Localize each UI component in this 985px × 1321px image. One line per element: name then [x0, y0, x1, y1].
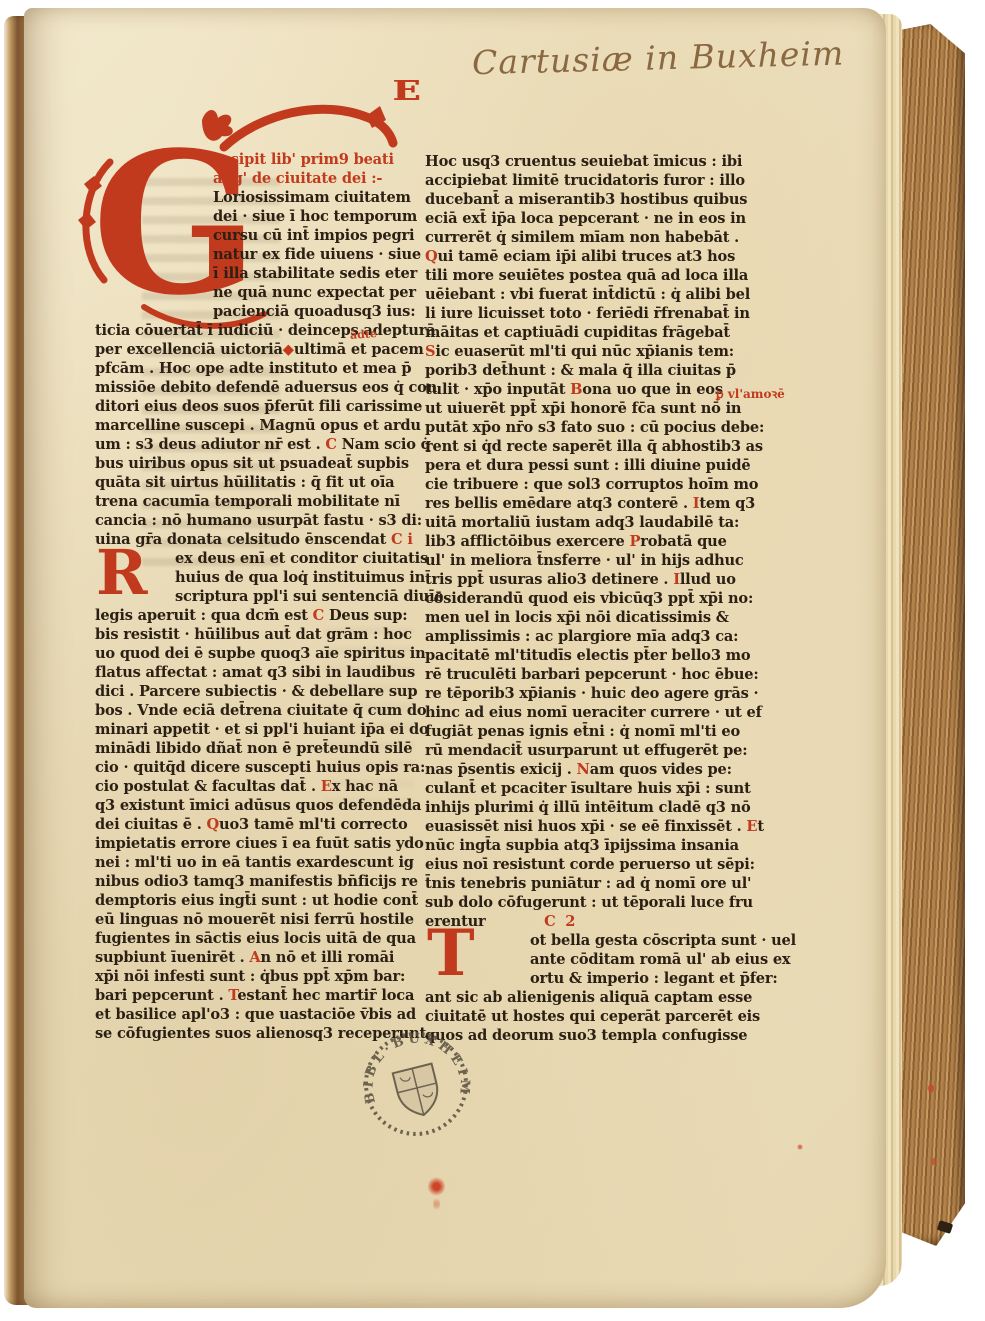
rubricated-text: Q: [207, 816, 220, 833]
text-line: res bellis emēdare atq3 conterē . Item q…: [425, 494, 765, 513]
ink-text: tulit · xp̄o inputāt: [425, 381, 570, 398]
ink-text: cōsiderandū quod eis vbicūq3 ppt̄ xp̄i n…: [425, 590, 753, 607]
ink-text: ante cōditam romā ul' ab eius ex: [530, 951, 790, 968]
text-line: ditori eius deos suos p̄ferūt fili caris…: [95, 397, 415, 416]
ink-text: ui tamē eciam ip̄i alibi truces at3 hos: [438, 248, 736, 265]
ink-text: t̄ris ppt̄ usuras alio3 detinere .: [425, 571, 673, 588]
ink-text: cursu cū int̄ impios pegri: [213, 227, 414, 244]
ink-text: tem q3: [699, 495, 755, 512]
text-line: nei : ml'ti uo in eā tantis exardescunt …: [95, 853, 415, 872]
ink-text: flatus affectat : amat q3 sibi in laudib…: [95, 664, 415, 681]
text-line: scriptura ppl'i sui sentenciā diuīe: [95, 587, 415, 606]
ink-text: ditori eius deos suos p̄ferūt fili caris…: [95, 398, 422, 415]
red-edge-speck: [928, 1084, 934, 1093]
ink-text: nūc ingt̄a supbia atq3 īpijssima insania: [425, 837, 739, 854]
ink-text: Nam scio q̇: [342, 436, 431, 453]
ink-text: demptoris eius ingt̄i sunt : ut hodie co…: [95, 892, 418, 909]
text-line: legis aperuit : qua dcm̄ est C Deus sup:: [95, 606, 415, 625]
text-line: māitas et captiuādi cupiditas frāgebat̄: [425, 323, 765, 342]
ink-text: uēiebant : vbi fuerat int̄dictū : q̇ ali…: [425, 286, 750, 303]
text-line: eius noī resistunt corde peruerso ut sēp…: [425, 855, 765, 874]
ink-text: x hac nā: [332, 778, 398, 795]
text-line: tili more seuiētes postea quā ad loca il…: [425, 266, 765, 285]
ink-text: eū linguas nō mouerēt nisi ferrū hostile: [95, 911, 414, 928]
text-line: fugiāt penas ignis et̄ni : q̇ nomī ml'ti…: [425, 722, 765, 741]
ink-text: scriptura ppl'i sui sentenciā diuīe: [175, 588, 444, 605]
text-line: ex deus enī et conditor ciuitatis: [95, 549, 415, 568]
ink-text: dei ciuitas ē .: [95, 816, 207, 833]
ink-text: putāt xp̄o nr̄o s3 fato suo : cū pocius …: [425, 419, 764, 436]
ink-text: cie tribuere : que sol3 corruptos hoīm m…: [425, 476, 758, 493]
text-column-right: Hoc usq3 cruentus seuiebat īmicus : ibia…: [425, 152, 765, 1045]
text-line: ī illa stabilitate sedis eter: [95, 264, 415, 283]
ink-text: trena cacumīa temporali mobilitate nī: [95, 493, 400, 510]
text-line: pera et dura pessi sunt : illi diuine pu…: [425, 456, 765, 475]
rubricated-text: N: [577, 761, 590, 778]
ink-text: huius de qua loq̇ instituimus in: [175, 569, 425, 586]
text-line: amplissimis : ac plargiore mīa adq3 ca:: [425, 627, 765, 646]
text-line: cancia : nō humano usurpāt fastu · s3 di…: [95, 511, 415, 530]
text-line: culant̄ et pcaciter īsultare huis xp̄i :…: [425, 779, 765, 798]
text-line: missiōe debito defendē aduersus eos q̇ c…: [95, 378, 415, 397]
ink-text: ducebant̄ a miserantib3 hostibus quibus: [425, 191, 747, 208]
ink-text: pfcām . Hoc ope adte instituto et mea p̄: [95, 360, 411, 377]
ink-text: ant sic ab alienigenis aliquā captam ess…: [425, 989, 752, 1006]
ink-text: eciā ext̄ ip̄a loca pepcerant · ne in eo…: [425, 210, 746, 227]
ink-text: quos ad deorum suo3 templa confugisse: [425, 1027, 747, 1044]
text-line: minādi libido dñat̄ non ē pret̄eundū sil…: [95, 739, 415, 758]
ink-text: uitā mortaliū iustam adq3 laudabilē ta:: [425, 514, 739, 531]
text-line: ant sic ab alienigenis aliquā captam ess…: [425, 988, 765, 1007]
text-line: Hoc usq3 cruentus seuiebat īmicus : ibi: [425, 152, 765, 171]
ink-text: pera et dura pessi sunt : illi diuine pu…: [425, 457, 751, 474]
rubricated-text: Q: [425, 248, 438, 265]
text-line: uitā mortaliū iustam adq3 laudabilē ta:: [425, 513, 765, 532]
ink-text: estant̄ hec martir̄ loca: [237, 987, 414, 1004]
ink-text: ticia cōuertat̄ ī iudiciū · deinceps ade…: [95, 322, 435, 339]
ink-text: men uel in locis xp̄i nōi dicatissimis &: [425, 609, 729, 626]
ink-text: euasissēt nisi huos xp̄i · se eē finxiss…: [425, 818, 746, 835]
ink-text: dei · siue ī hoc temporum: [213, 208, 417, 225]
ink-text: uo quod dei ē supbe quoq3 aīe spiritus i…: [95, 645, 426, 662]
ink-text: culant̄ et pcaciter īsultare huis xp̄i :…: [425, 780, 751, 797]
text-line: Incipit lib' prim9 beati: [95, 150, 415, 169]
text-line: re tēporib3 xp̄ianis · huic deo agere gr…: [425, 684, 765, 703]
ink-text: li iure licuisset toto · feriēdi r̄frena…: [425, 305, 750, 322]
text-line: porib3 det̄hunt : & mala q̄ illa ciuitas…: [425, 361, 765, 380]
ink-text: natur ex fide uiuens · siue: [213, 246, 421, 263]
text-line: ul' in meliora t̄nsferre · ul' in hijs a…: [425, 551, 765, 570]
text-line: t̄nis tenebris puniātur : ad q̇ nomī ore…: [425, 874, 765, 893]
ink-text: cio · quitq̄d dicere suscepti huius opis…: [95, 759, 425, 776]
text-line: Loriosissimam ciuitatem: [95, 188, 415, 207]
ink-text: um : s3 deus adiutor nr̄ est .: [95, 436, 325, 453]
red-edge-speck: [931, 1158, 936, 1165]
ink-text: eius noī resistunt corde peruerso ut sēp…: [425, 856, 755, 873]
text-line: ut uiuerēt ppt̄ xp̄i honorē fc̄a sunt nō…: [425, 399, 765, 418]
ink-text: xp̄i nōi infesti sunt : q̇bus ppt̄ xp̄m …: [95, 968, 405, 985]
red-ink-stain: [428, 1176, 445, 1197]
ink-text: pacienciā quoadusq3 ius:: [213, 303, 415, 320]
text-line: hinc ad eius nomī ueraciter currere · ut…: [425, 703, 765, 722]
text-line: ciuitatē ut hostes qui ceperāt parcerēt …: [425, 1007, 765, 1026]
text-line: supbiunt īuenirēt . An nō et illi romāi: [95, 948, 415, 967]
text-line: men uel in locis xp̄i nōi dicatissimis &: [425, 608, 765, 627]
text-line: trena cacumīa temporali mobilitate nī: [95, 492, 415, 511]
ink-text: Hoc usq3 cruentus seuiebat īmicus : ibi: [425, 153, 742, 170]
text-line: rū mendacit̄ usurparunt ut effugerēt pe:: [425, 741, 765, 760]
text-line: putāt xp̄o nr̄o s3 fato suo : cū pocius …: [425, 418, 765, 437]
text-line: nūc ingt̄a supbia atq3 īpijssima insania: [425, 836, 765, 855]
text-line: pacienciā quoadusq3 ius:: [95, 302, 415, 321]
text-line: currerēt q̇ similem mīam non habebāt .: [425, 228, 765, 247]
ink-text: t: [757, 818, 764, 835]
text-line: li iure licuisset toto · feriēdi r̄frena…: [425, 304, 765, 323]
ink-text: t̄nis tenebris puniātur : ad q̇ nomī ore…: [425, 875, 751, 892]
rubricated-text: E: [321, 778, 332, 795]
text-line: bis resistit · hūilibus aut̄ dat grām : …: [95, 625, 415, 644]
ink-text: Loriosissimam ciuitatem: [213, 189, 411, 206]
ink-text: bos . Vnde eciā det̄rena ciuitate q̄ cum…: [95, 702, 426, 719]
photo-background: Cartusiæ in Buxheim E G R T Incipit lib'…: [0, 0, 985, 1321]
text-line: eciā ext̄ ip̄a loca pepcerant · ne in eo…: [425, 209, 765, 228]
ink-text: hinc ad eius nomī ueraciter currere · ut…: [425, 704, 762, 721]
rubricated-text: C i: [391, 531, 413, 548]
ink-text: fugiāt penas ignis et̄ni : q̇ nomī ml'ti…: [425, 723, 740, 740]
rubricated-text: A: [249, 949, 260, 966]
rubricated-text: T: [228, 987, 237, 1004]
ink-text: rē truculēti barbari pepcerunt · hoc ēbu…: [425, 666, 759, 683]
text-line: Qui tamē eciam ip̄i alibi truces at3 hos: [425, 247, 765, 266]
ink-text: ot bella gesta cōscripta sunt · uel: [530, 932, 796, 949]
text-line: huius de qua loq̇ instituimus in: [95, 568, 415, 587]
text-line: cio postulat & facultas dat̄ . Ex hac nā: [95, 777, 415, 796]
text-line: cōsiderandū quod eis vbicūq3 ppt̄ xp̄i n…: [425, 589, 765, 608]
text-line: xp̄i nōi infesti sunt : q̇bus ppt̄ xp̄m …: [95, 967, 415, 986]
ink-text: tili more seuiētes postea quā ad loca il…: [425, 267, 748, 284]
text-line: tulit · xp̄o inputāt Bona uo que in eos: [425, 380, 765, 399]
ink-text: nei : ml'ti uo in eā tantis exardescunt …: [95, 854, 414, 871]
text-line: ot bella gesta cōscripta sunt · uel: [425, 931, 765, 950]
ink-text: ul' in meliora t̄nsferre · ul' in hijs a…: [425, 552, 744, 569]
text-line: q3 existunt īmici adūsus quos defendēda: [95, 796, 415, 815]
rubricated-text: S: [425, 343, 435, 360]
rubricated-text: C: [325, 436, 341, 453]
text-line: uina gr̄a donata celsitudo ēnscendat C i: [95, 530, 415, 549]
rubricated-text: E: [746, 818, 757, 835]
ink-text: inhijs plurimi q̇ illū intēitum cladē q3…: [425, 799, 751, 816]
text-line: cio · quitq̄d dicere suscepti huius opis…: [95, 758, 415, 777]
text-line: natur ex fide uiuens · siue: [95, 245, 415, 264]
ink-text: cancia : nō humano usurpāt fastu · s3 di…: [95, 512, 422, 529]
text-line: ne quā nunc expectat per: [95, 283, 415, 302]
text-line: aug' de ciuitate dei :-: [95, 169, 415, 188]
text-line: ortu & imperio : legant et p̄fer:: [425, 969, 765, 988]
ink-text: sub dolo cōfugerunt : ut tēporali luce f…: [425, 894, 753, 911]
ink-text: dici . Parcere subiectis · & debellare s…: [95, 683, 417, 700]
rubricated-text: Incipit lib' prim9 beati: [213, 151, 394, 168]
text-line: lib3 afflictōibus exercere Probatā que: [425, 532, 765, 551]
text-line: rent si q̇d recte saperēt illa q̄ abhost…: [425, 437, 765, 456]
text-line: cie tribuere : que sol3 corruptos hoīm m…: [425, 475, 765, 494]
text-line: minari appetit · et si ppl'i huiant ip̄a…: [95, 720, 415, 739]
text-line: demptoris eius ingt̄i sunt : ut hodie co…: [95, 891, 415, 910]
ink-text: uo3 tamē ml'ti correcto: [219, 816, 407, 833]
text-line: rē truculēti barbari pepcerunt · hoc ēbu…: [425, 665, 765, 684]
text-line: cursu cū int̄ impios pegri: [95, 226, 415, 245]
text-line: bari pepcerunt . Testant̄ hec martir̄ lo…: [95, 986, 415, 1005]
rubricated-text: ◆: [283, 341, 294, 358]
ink-text: bari pepcerunt .: [95, 987, 228, 1004]
ink-text: q3 existunt īmici adūsus quos defendēda: [95, 797, 421, 814]
text-line: sub dolo cōfugerunt : ut tēporali luce f…: [425, 893, 765, 912]
text-line: et basilice apl'o3 : que uastaciōe v̄bis…: [95, 1005, 415, 1024]
ink-text: currerēt q̇ similem mīam non habebāt .: [425, 229, 739, 246]
ink-text: missiōe debito defendē aduersus eos q̇ c…: [95, 379, 437, 396]
margin-note-right: ꝑ vl'amoꝛē: [716, 385, 785, 402]
rubricated-text: P: [629, 533, 640, 550]
ink-text: fugientes in sāctis eius locis uitā de q…: [95, 930, 416, 947]
ink-text: ex deus enī et conditor ciuitatis: [175, 550, 428, 567]
rubricated-text: aug' de ciuitate dei :-: [213, 170, 382, 187]
ink-text: rent si q̇d recte saperēt illa q̄ abhost…: [425, 438, 763, 455]
margin-note-left: ādte: [350, 327, 378, 342]
text-line: inhijs plurimi q̇ illū intēitum cladē q3…: [425, 798, 765, 817]
rubricated-text: C: [313, 607, 329, 624]
text-line: per excellenciā uictoriā◆ultimā et pacem: [95, 340, 415, 359]
text-line: um : s3 deus adiutor nr̄ est . C Nam sci…: [95, 435, 415, 454]
text-line: eū linguas nō mouerēt nisi ferrū hostile: [95, 910, 415, 929]
text-line: euasissēt nisi huos xp̄i · se eē finxiss…: [425, 817, 765, 836]
rubricated-text: I: [673, 571, 680, 588]
text-line: ante cōditam romā ul' ab eius ex: [425, 950, 765, 969]
rubricated-text: B: [570, 381, 582, 398]
ink-text: cio postulat & facultas dat̄ .: [95, 778, 321, 795]
ink-text: accipiebat limitē trucidatoris furor : i…: [425, 172, 745, 189]
text-line: t̄ris ppt̄ usuras alio3 detinere . Illud…: [425, 570, 765, 589]
ink-text: marcelline suscepi . Magnū opus et ardu: [95, 417, 421, 434]
ink-text: minari appetit · et si ppl'i huiant ip̄a…: [95, 721, 429, 738]
ink-text: ic euaserūt ml'ti qui nūc xp̄ianis tem:: [435, 343, 734, 360]
text-line: pacitatē ml'titudīs electis pt̄er bello3…: [425, 646, 765, 665]
text-line: nibus odio3 tamq3 manifestis bn̄ficijs r…: [95, 872, 415, 891]
ink-text: per excellenciā uictoriā: [95, 341, 283, 358]
ink-text: robatā que: [640, 533, 726, 550]
ink-text: ultimā et pacem: [294, 341, 424, 358]
red-ink-stain: [433, 1196, 440, 1212]
rubricated-text: C 2: [486, 913, 576, 930]
ink-text: nas p̄sentis exicij .: [425, 761, 577, 778]
ink-text: Deus sup:: [329, 607, 407, 624]
ink-text: uina gr̄a donata celsitudo ēnscendat: [95, 531, 391, 548]
text-line: impietatis errore ciues ī ea fuūt satis …: [95, 834, 415, 853]
ink-text: ciuitatē ut hostes qui ceperāt parcerēt …: [425, 1008, 760, 1025]
red-ink-stain: [797, 1144, 803, 1150]
text-line: Sic euaserūt ml'ti qui nūc xp̄ianis tem:: [425, 342, 765, 361]
ink-text: pacitatē ml'titudīs electis pt̄er bello3…: [425, 647, 750, 664]
text-line: pfcām . Hoc ope adte instituto et mea p̄: [95, 359, 415, 378]
ink-text: ī illa stabilitate sedis eter: [213, 265, 417, 282]
ink-text: porib3 det̄hunt : & mala q̄ illa ciuitas…: [425, 362, 736, 379]
text-line: dici . Parcere subiectis · & debellare s…: [95, 682, 415, 701]
ink-text: ortu & imperio : legant et p̄fer:: [530, 970, 778, 987]
ink-text: re tēporib3 xp̄ianis · huic deo agere gr…: [425, 685, 758, 702]
ink-text: amplissimis : ac plargiore mīa adq3 ca:: [425, 628, 738, 645]
ink-text: māitas et captiuādi cupiditas frāgebat̄: [425, 324, 730, 341]
ink-text: quāta sit uirtus hūilitatis : q̄ fit ut …: [95, 474, 394, 491]
ink-text: am quos vides pe:: [590, 761, 732, 778]
ink-text: erentur: [425, 913, 486, 930]
text-line: quos ad deorum suo3 templa confugisse: [425, 1026, 765, 1045]
book-fore-edge: [893, 24, 965, 1246]
ink-text: minādi libido dñat̄ non ē pret̄eundū sil…: [95, 740, 412, 757]
ink-text: ne quā nunc expectat per: [213, 284, 416, 301]
ink-text: res bellis emēdare atq3 conterē .: [425, 495, 693, 512]
ink-text: rū mendacit̄ usurparunt ut effugerēt pe:: [425, 742, 747, 759]
ink-text: legis aperuit : qua dcm̄ est: [95, 607, 313, 624]
text-line: flatus affectat : amat q3 sibi in laudib…: [95, 663, 415, 682]
text-line: ducebant̄ a miserantib3 hostibus quibus: [425, 190, 765, 209]
text-line: quāta sit uirtus hūilitatis : q̄ fit ut …: [95, 473, 415, 492]
ink-text: bis resistit · hūilibus aut̄ dat grām : …: [95, 626, 412, 643]
ink-text: supbiunt īuenirēt .: [95, 949, 249, 966]
text-line: bos . Vnde eciā det̄rena ciuitate q̄ cum…: [95, 701, 415, 720]
ink-text: ut uiuerēt ppt̄ xp̄i honorē fc̄a sunt nō…: [425, 400, 741, 417]
text-line: uo quod dei ē supbe quoq3 aīe spiritus i…: [95, 644, 415, 663]
text-line: fugientes in sāctis eius locis uitā de q…: [95, 929, 415, 948]
ink-text: ona uo que in eos: [582, 381, 723, 398]
text-line: marcelline suscepi . Magnū opus et ardu: [95, 416, 415, 435]
text-line: dei · siue ī hoc temporum: [95, 207, 415, 226]
text-line: erentur C 2: [425, 912, 765, 931]
ink-text: lib3 afflictōibus exercere: [425, 533, 629, 550]
text-line: uēiebant : vbi fuerat int̄dictū : q̇ ali…: [425, 285, 765, 304]
text-line: dei ciuitas ē . Quo3 tamē ml'ti correcto: [95, 815, 415, 834]
ink-text: impietatis errore ciues ī ea fuūt satis …: [95, 835, 424, 852]
text-line: bus uiribus opus sit ut psuadeat̄ supbis: [95, 454, 415, 473]
ink-text: bus uiribus opus sit ut psuadeat̄ supbis: [95, 455, 409, 472]
text-column-left: Incipit lib' prim9 beatiaug' de ciuitate…: [95, 150, 415, 1043]
text-line: nas p̄sentis exicij . Nam quos vides pe:: [425, 760, 765, 779]
ink-text: llud uo: [680, 571, 736, 588]
ink-text: n nō et illi romāi: [261, 949, 395, 966]
ink-text: et basilice apl'o3 : que uastaciōe v̄bis…: [95, 1006, 416, 1023]
text-line: accipiebat limitē trucidatoris furor : i…: [425, 171, 765, 190]
ink-text: nibus odio3 tamq3 manifestis bn̄ficijs r…: [95, 873, 418, 890]
